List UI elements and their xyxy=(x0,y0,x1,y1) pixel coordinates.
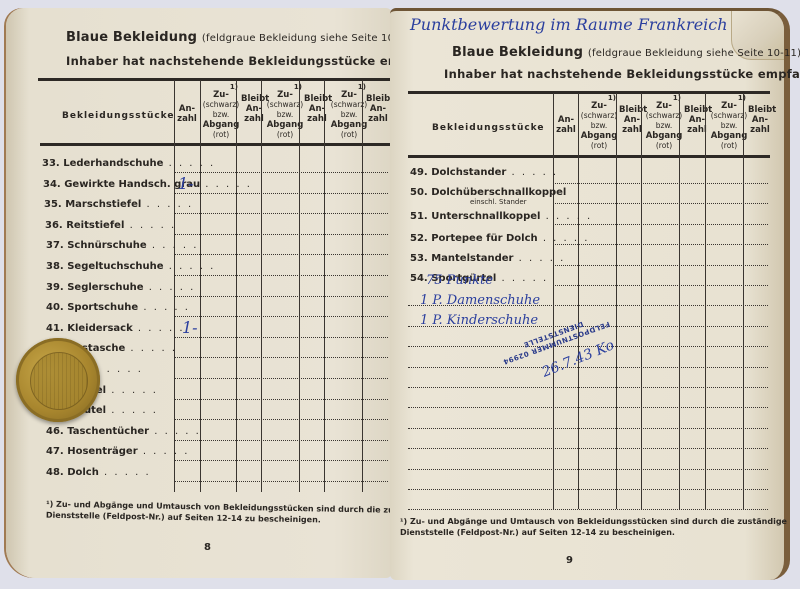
column-divider xyxy=(553,93,554,509)
item-label: 52. Portepee für Dolch . . . . . xyxy=(410,233,589,244)
header-bottom-rule xyxy=(408,155,770,158)
item-label: 36. Reitstiefel . . . . . xyxy=(45,220,176,231)
row-rule xyxy=(174,296,388,297)
column-header-bleibt-2: BleibtAn-zahl xyxy=(304,94,330,124)
item-label: 49. Dolchstander . . . . . xyxy=(410,167,558,178)
left-page: Blaue Bekleidung (feldgraue Bekleidung s… xyxy=(6,8,392,578)
row-rule xyxy=(553,285,768,286)
title-text: Blaue Bekleidung xyxy=(452,45,583,60)
item-label: 34. Gewirkte Handsch. grau . . . . . xyxy=(43,179,252,190)
column-divider xyxy=(705,93,706,509)
column-header-bleibt-1: BleibtAn-zahl xyxy=(241,94,267,124)
column-header-bleibt-3: BleibtAn-zahl xyxy=(748,105,772,135)
footnote: ¹) Zu- und Abgänge und Umtausch von Bekl… xyxy=(400,516,787,538)
row-rule xyxy=(408,387,768,388)
row-rule xyxy=(174,419,388,420)
row-rule xyxy=(174,481,388,482)
item-label: 40. Sportschuhe . . . . . xyxy=(46,302,190,313)
handwritten-quantity: 1- xyxy=(178,174,194,193)
coin xyxy=(16,338,100,422)
row-rule xyxy=(408,489,768,490)
column-divider xyxy=(641,93,642,509)
row-rule xyxy=(553,265,768,266)
column-header-zu-abgang-1: 1) Zu- (schwarz) bzw. Abgang (rot) xyxy=(202,90,240,140)
column-header-anzahl: An-zahl xyxy=(174,104,200,124)
row-rule xyxy=(174,213,388,214)
row-rule xyxy=(408,428,768,429)
item-label: 39. Seglerschuhe . . . . . xyxy=(46,282,195,293)
row-rule xyxy=(408,469,768,470)
item-label: 35. Marschstiefel . . . . . xyxy=(44,199,193,210)
column-divider xyxy=(324,80,325,492)
item-label: 33. Lederhandschuhe . . . . . xyxy=(42,158,215,169)
item-label: 37. Schnürschuhe . . . . . xyxy=(46,240,198,251)
item-label: 48. Dolch . . . . . xyxy=(46,467,151,478)
footnote: ¹) Zu- und Abgänge und Umtausch von Bekl… xyxy=(46,499,433,528)
handwritten-quantity: 1- xyxy=(182,318,198,337)
handwritten-entry: 75 Punkte xyxy=(426,273,493,288)
page-number: 9 xyxy=(566,555,573,566)
handwritten-entry: 1 P. Damenschuhe xyxy=(420,293,540,308)
handwritten-header: Punktbewertung im Raume Frankreich xyxy=(410,15,728,34)
column-header-anzahl: An-zahl xyxy=(554,115,578,135)
handwritten-entry: 1 P. Kinderschuhe xyxy=(420,313,538,328)
item-label: 53. Mantelstander . . . . . xyxy=(410,253,565,264)
column-divider xyxy=(236,80,237,492)
page-number: 8 xyxy=(204,542,211,553)
column-header-zu-abgang-1: 1) Zu- (schwarz) bzw. Abgang (rot) xyxy=(580,101,618,151)
header-top-rule xyxy=(408,91,770,94)
item-label: 41. Kleidersack . . . . . xyxy=(46,323,185,334)
column-header-bleibt-3: BleibtAn-zahl xyxy=(366,94,390,124)
row-rule xyxy=(174,337,388,338)
column-divider xyxy=(743,93,744,509)
row-rule xyxy=(408,448,768,449)
row-rule xyxy=(553,183,768,184)
row-rule xyxy=(174,193,388,194)
item-label: 46. Taschentücher . . . . . xyxy=(46,426,201,437)
item-label: 51. Unterschnallkoppel . . . . . xyxy=(410,211,592,222)
column-divider xyxy=(261,80,262,492)
row-rule xyxy=(174,254,388,255)
row-rule xyxy=(174,399,388,400)
row-rule xyxy=(174,172,388,173)
item-label: 50. Dolchüberschnallkoppeleinschl. Stand… xyxy=(410,187,566,206)
title-note: (feldgraue Bekleidung siehe Seite 10-11) xyxy=(202,33,415,44)
row-rule xyxy=(553,244,768,245)
right-page: Punktbewertung im Raume Frankreich Blaue… xyxy=(390,8,790,580)
column-divider xyxy=(362,80,363,492)
row-rule xyxy=(174,378,388,379)
title-text: Blaue Bekleidung xyxy=(66,30,197,45)
row-rule xyxy=(553,224,768,225)
page-subtitle: Inhaber hat nachstehende Bekleidungsstüc… xyxy=(444,67,800,81)
row-rule xyxy=(174,357,388,358)
row-rule xyxy=(408,367,768,368)
row-rule xyxy=(408,407,768,408)
row-rule xyxy=(174,316,388,317)
coin-relief xyxy=(30,352,88,410)
row-rule xyxy=(174,460,388,461)
row-rule xyxy=(408,509,768,510)
row-rule xyxy=(174,440,388,441)
column-divider xyxy=(578,93,579,509)
column-header-zu-abgang-2: 1) Zu- (schwarz) bzw. Abgang (rot) xyxy=(645,101,683,151)
header-bottom-rule xyxy=(40,143,390,146)
column-divider xyxy=(299,80,300,492)
column-divider xyxy=(616,93,617,509)
column-header-items: Bekleidungsstücke xyxy=(62,111,175,121)
column-divider xyxy=(679,93,680,509)
page-title: Blaue Bekleidung (feldgraue Bekleidung s… xyxy=(66,30,415,45)
column-header-items: Bekleidungsstücke xyxy=(432,123,545,133)
title-note: (feldgraue Bekleidung siehe Seite 10-11) xyxy=(588,48,800,59)
row-rule xyxy=(174,275,388,276)
page-title: Blaue Bekleidung (feldgraue Bekleidung s… xyxy=(452,45,800,60)
header-top-rule xyxy=(38,78,390,81)
column-header-bleibt-2: BleibtAn-zahl xyxy=(684,105,710,135)
row-rule xyxy=(553,203,768,204)
item-label: 38. Segeltuchschuhe . . . . . xyxy=(46,261,215,272)
item-label: 47. Hosenträger . . . . . xyxy=(46,446,189,457)
row-rule xyxy=(174,234,388,235)
